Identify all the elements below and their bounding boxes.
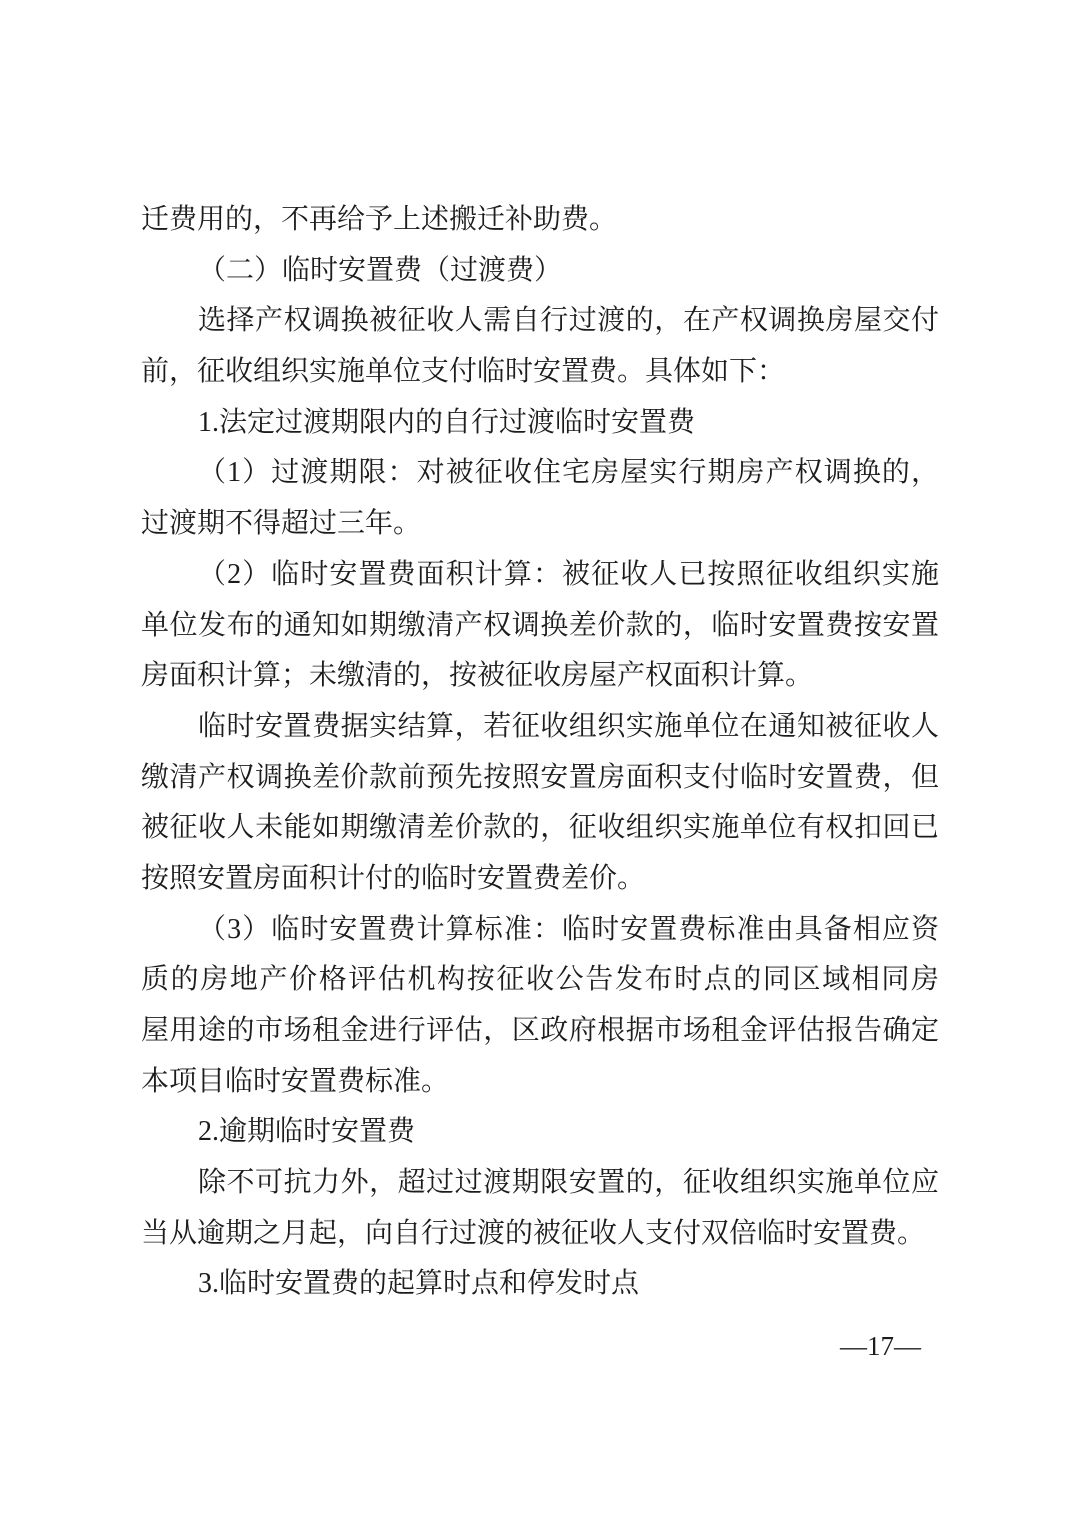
text-line: （1）过渡期限：对被征收住宅房屋实行期房产权调换的， xyxy=(141,448,939,499)
text-line: 迁费用的，不再给予上述搬迁补助费。 xyxy=(141,195,939,246)
text-line: 本项目临时安置费标准。 xyxy=(141,1057,939,1108)
text-line: 除不可抗力外，超过过渡期限安置的，征收组织实施单位应 xyxy=(141,1158,939,1209)
text-line: 1.法定过渡期限内的自行过渡临时安置费 xyxy=(141,398,939,449)
text-line: 2.逾期临时安置费 xyxy=(141,1107,939,1158)
text-line: 房面积计算；未缴清的，按被征收房屋产权面积计算。 xyxy=(141,651,939,702)
text-line: 选择产权调换被征收人需自行过渡的，在产权调换房屋交付 xyxy=(141,296,939,347)
text-line: 前，征收组织实施单位支付临时安置费。具体如下： xyxy=(141,347,939,398)
text-line: 按照安置房面积计付的临时安置费差价。 xyxy=(141,854,939,905)
document-page: 迁费用的，不再给予上述搬迁补助费。（二）临时安置费（过渡费）选择产权调换被征收人… xyxy=(0,0,1080,1528)
text-line: 屋用途的市场租金进行评估，区政府根据市场租金评估报告确定 xyxy=(141,1006,939,1057)
text-line: 被征收人未能如期缴清差价款的，征收组织实施单位有权扣回已 xyxy=(141,803,939,854)
text-line: （二）临时安置费（过渡费） xyxy=(141,246,939,297)
text-line: 3.临时安置费的起算时点和停发时点 xyxy=(141,1259,939,1310)
text-line: （3）临时安置费计算标准：临时安置费标准由具备相应资 xyxy=(141,905,939,956)
text-line: 缴清产权调换差价款前预先按照安置房面积支付临时安置费，但 xyxy=(141,753,939,804)
text-line: 质的房地产价格评估机构按征收公告发布时点的同区域相同房 xyxy=(141,955,939,1006)
text-line: 临时安置费据实结算，若征收组织实施单位在通知被征收人 xyxy=(141,702,939,753)
text-line: 单位发布的通知如期缴清产权调换差价款的，临时安置费按安置 xyxy=(141,601,939,652)
text-line: 过渡期不得超过三年。 xyxy=(141,499,939,550)
text-block: 迁费用的，不再给予上述搬迁补助费。（二）临时安置费（过渡费）选择产权调换被征收人… xyxy=(141,195,939,1310)
text-line: （2）临时安置费面积计算：被征收人已按照征收组织实施 xyxy=(141,550,939,601)
page-number: —17— xyxy=(141,1320,939,1372)
text-line: 当从逾期之月起，向自行过渡的被征收人支付双倍临时安置费。 xyxy=(141,1209,939,1260)
